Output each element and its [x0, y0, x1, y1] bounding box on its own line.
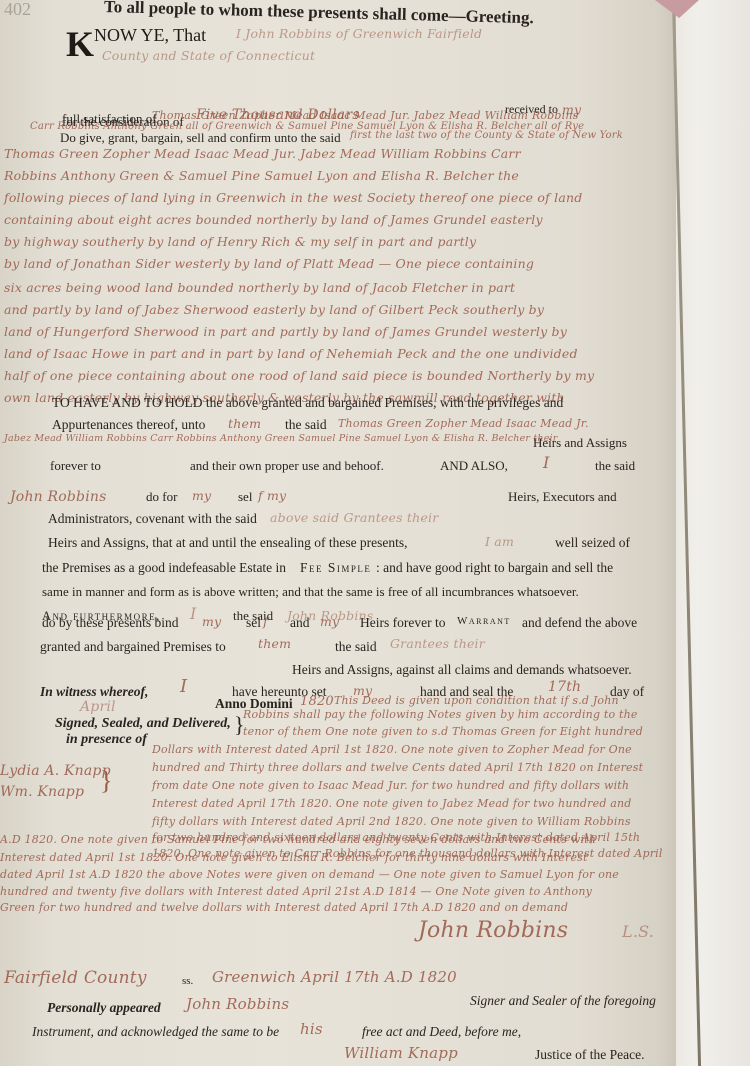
description-line: land of Hungerford Sherwood in part and …: [4, 326, 567, 339]
condition-line: hundred and Thirty three dollars and twe…: [152, 762, 643, 773]
year-entry: 1820: [300, 695, 334, 708]
condition-line: from date One note given to Isaac Mead J…: [152, 780, 629, 791]
signer-sealer-label: Signer and Sealer of the foregoing: [470, 994, 656, 1008]
grantees-entry-2: Jabez Mead William Robbins Carr Robbins …: [4, 434, 558, 444]
warrant-entry-1: my: [202, 616, 221, 629]
justice-label: Justice of the Peace.: [535, 1048, 644, 1062]
description-line: containing about eight acres bounded nor…: [4, 214, 543, 227]
seizin-clause-3: same in manner and form as is above writ…: [42, 585, 579, 598]
grantor-signature: John Robbins: [418, 920, 568, 942]
fee-simple-label: Fee Simple: [300, 561, 371, 575]
warrant-entry-3: my: [320, 616, 339, 629]
do-for-label: do for: [146, 490, 177, 503]
covenantor-entry: John Robbins: [10, 490, 107, 504]
do-give-label: Do give, grant, bargain, sell and confir…: [60, 131, 341, 144]
personally-appeared-label: Personally appeared: [47, 1001, 161, 1015]
seizin-clause-2a: the Premises as a good indefeasable Esta…: [42, 561, 286, 575]
warrant-word: Warrant: [457, 616, 511, 627]
description-line: land of Isaac Howe in part and in part b…: [4, 348, 578, 361]
condition-line: dated April 1st A.D 1820 the above Notes…: [0, 869, 619, 880]
warrant-entry-4: them: [258, 638, 291, 651]
the-said-label-2: the said: [595, 459, 635, 472]
justice-signature: William Knapp: [344, 1046, 458, 1061]
condition-line: Robbins shall pay the following Notes gi…: [243, 709, 638, 720]
warrant-clause-2a: granted and bargained Premises to: [40, 640, 226, 654]
habendum-clause: TO HAVE AND TO HOLD the above granted an…: [52, 396, 563, 410]
description-line: Robbins Anthony Green & Samuel Pine Samu…: [4, 170, 519, 183]
administrators-entry: above said Grantees their: [270, 512, 438, 525]
in-presence-label: in presence of: [66, 733, 147, 747]
condition-line: This Deed is given upon condition that i…: [334, 695, 619, 706]
full-satisfaction-entry: Thomas Green Zopher Mead Isaac Mead Jur.…: [152, 110, 579, 121]
seizin-entry: I am: [485, 536, 514, 549]
know-ye-heading: NOW YE, That: [94, 26, 206, 44]
sel-label: sel: [238, 490, 252, 503]
warrant-clause-1a: do by these presents bind: [42, 616, 178, 630]
description-line: half of one piece containing about one r…: [4, 370, 594, 383]
grantor-entry: I John Robbins of Greenwich Fairfield: [236, 28, 482, 41]
instrument-ack-label: Instrument, and acknowledged the same to…: [32, 1025, 279, 1039]
forever-to-label: forever to: [50, 459, 101, 472]
condition-line: Green for two hundred and twelve dollars…: [0, 902, 568, 913]
grantor-entry-2: County and State of Connecticut: [102, 50, 315, 63]
month-entry: April: [80, 700, 116, 714]
description-line: six acres being wood land bounded northe…: [4, 282, 515, 295]
witness-label: In witness whereof,: [40, 685, 148, 699]
witness-brace: }: [100, 768, 112, 794]
unto-entry: them: [228, 418, 261, 431]
free-act-label: free act and Deed, before me,: [362, 1025, 521, 1039]
condition-line: Interest dated April 17th 1820. One note…: [152, 798, 632, 809]
page-number: 402: [4, 0, 31, 18]
warrant-entry-2: f: [263, 616, 268, 629]
ack-his-entry: his: [300, 1022, 323, 1037]
furthermore-entry: I: [190, 606, 197, 622]
grantees-entry: Thomas Green Zopher Mead Isaac Mead Jr.: [338, 418, 589, 429]
signed-sealed-label: Signed, Sealed, and Delivered,: [55, 717, 231, 731]
warrant-said-label: the said: [335, 640, 377, 654]
description-line: and partly by land of Jabez Sherwood eas…: [4, 304, 544, 317]
warrant-and-label: and: [290, 616, 310, 630]
ss-label: ss.: [182, 976, 193, 987]
brace-mark: }: [234, 714, 245, 736]
condition-line: tenor of them One note given to s.d Thom…: [243, 726, 643, 737]
the-said-label: the said: [285, 418, 327, 432]
description-line: following pieces of land lying in Greenw…: [4, 192, 582, 205]
condition-line: hundred and twenty five dollars with Int…: [0, 886, 592, 897]
seizin-clause-2b: : and have good right to bargain and sel…: [376, 561, 613, 575]
and-also-label: AND ALSO,: [440, 459, 508, 472]
seal-mark: L.S.: [622, 924, 654, 940]
warrant-clause-3: Heirs and Assigns, against all claims an…: [292, 663, 632, 677]
drop-cap: K: [66, 26, 94, 62]
their-use-label: and their own proper use and behoof.: [190, 459, 384, 472]
sel-entry: f my: [258, 490, 286, 503]
warrant-clause-1e: and defend the above: [522, 616, 637, 630]
description-line: Thomas Green Zopher Mead Isaac Mead Jur.…: [4, 148, 521, 161]
appurtenances-label: Appurtenances thereof, unto: [52, 418, 205, 432]
and-also-entry: I: [543, 455, 550, 471]
condition-line: Dollars with Interest dated April 1st 18…: [152, 744, 632, 755]
seizin-clause-1: Heirs and Assigns, that at and until the…: [48, 536, 408, 550]
heirs-executors-label: Heirs, Executors and: [508, 490, 617, 503]
warrant-entry-5: Grantees their: [390, 638, 485, 651]
warrant-heirs-label: Heirs forever to: [360, 616, 445, 630]
witness-2-signature: Wm. Knapp: [0, 785, 84, 799]
do-for-entry: my: [192, 490, 211, 503]
description-line: by land of Jonathan Sider westerly by la…: [4, 258, 534, 271]
ack-name-entry: John Robbins: [186, 997, 289, 1012]
condition-line: Interest dated April 1st 1820. One note …: [0, 852, 588, 863]
witness-entry: I: [180, 678, 187, 696]
witness-1-signature: Lydia A. Knapp: [0, 764, 111, 778]
condition-line: A.D 1820. One note given to Samuel Pine …: [0, 834, 596, 845]
administrators-label: Administrators, covenant with the said: [48, 512, 257, 526]
day-entry: 17th: [548, 680, 581, 694]
heirs-assigns-label: Heirs and Assigns: [533, 436, 627, 449]
well-seized-label: well seized of: [555, 536, 630, 550]
ack-place-date-entry: Greenwich April 17th A.D 1820: [212, 970, 457, 985]
condition-line: fifty dollars with Interest dated April …: [152, 816, 631, 827]
description-line: by highway southerly by land of Henry Ri…: [4, 236, 476, 249]
county-entry: Fairfield County: [4, 970, 147, 987]
do-give-entry: first the last two of the County & State…: [350, 131, 623, 141]
warrant-sel-label: sel: [246, 616, 261, 630]
